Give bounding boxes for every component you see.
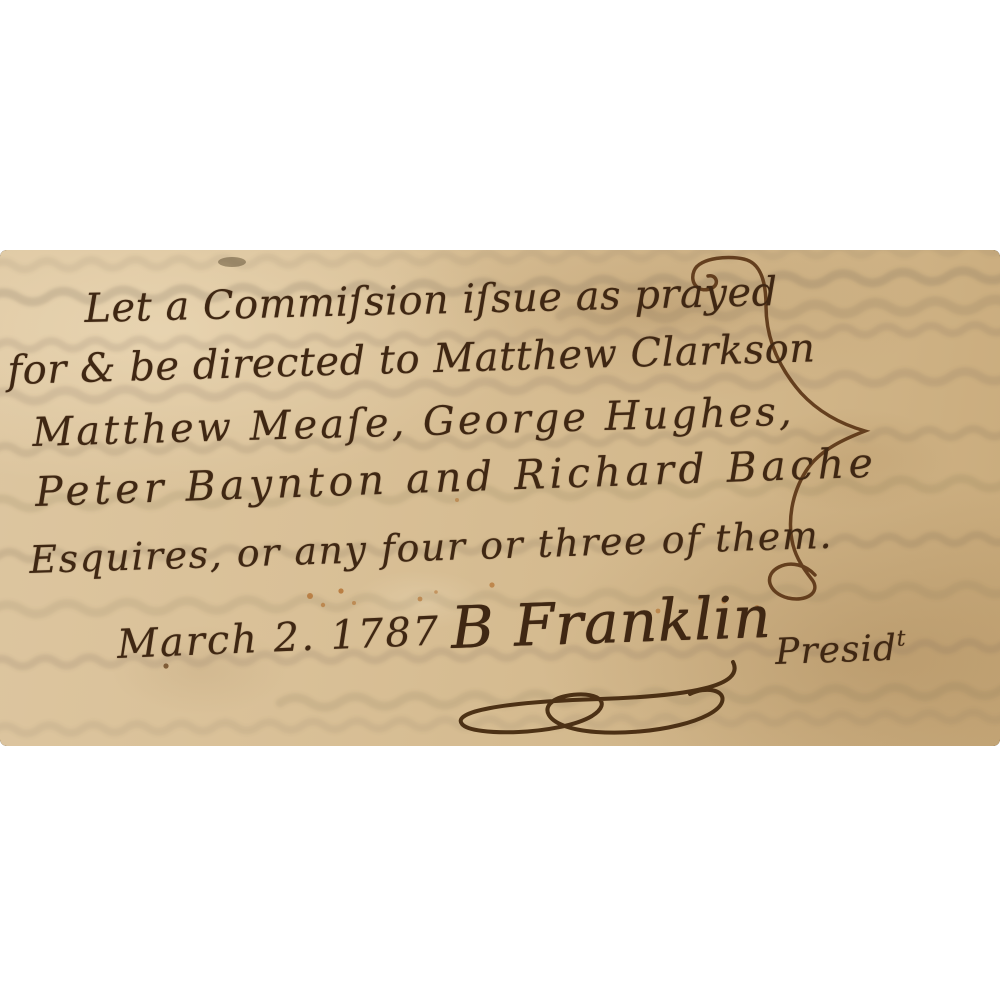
manuscript-photo: Let a Commiſsion iſsue as prayed for & b… — [0, 250, 1000, 746]
signature-title-text: Presid — [775, 628, 898, 673]
signature-title-superscript: t — [896, 626, 907, 651]
franklin-signature: B Franklin — [450, 583, 773, 662]
page-background: Let a Commiſsion iſsue as prayed for & b… — [0, 0, 1000, 1000]
signature-title: Presidt — [775, 626, 908, 673]
